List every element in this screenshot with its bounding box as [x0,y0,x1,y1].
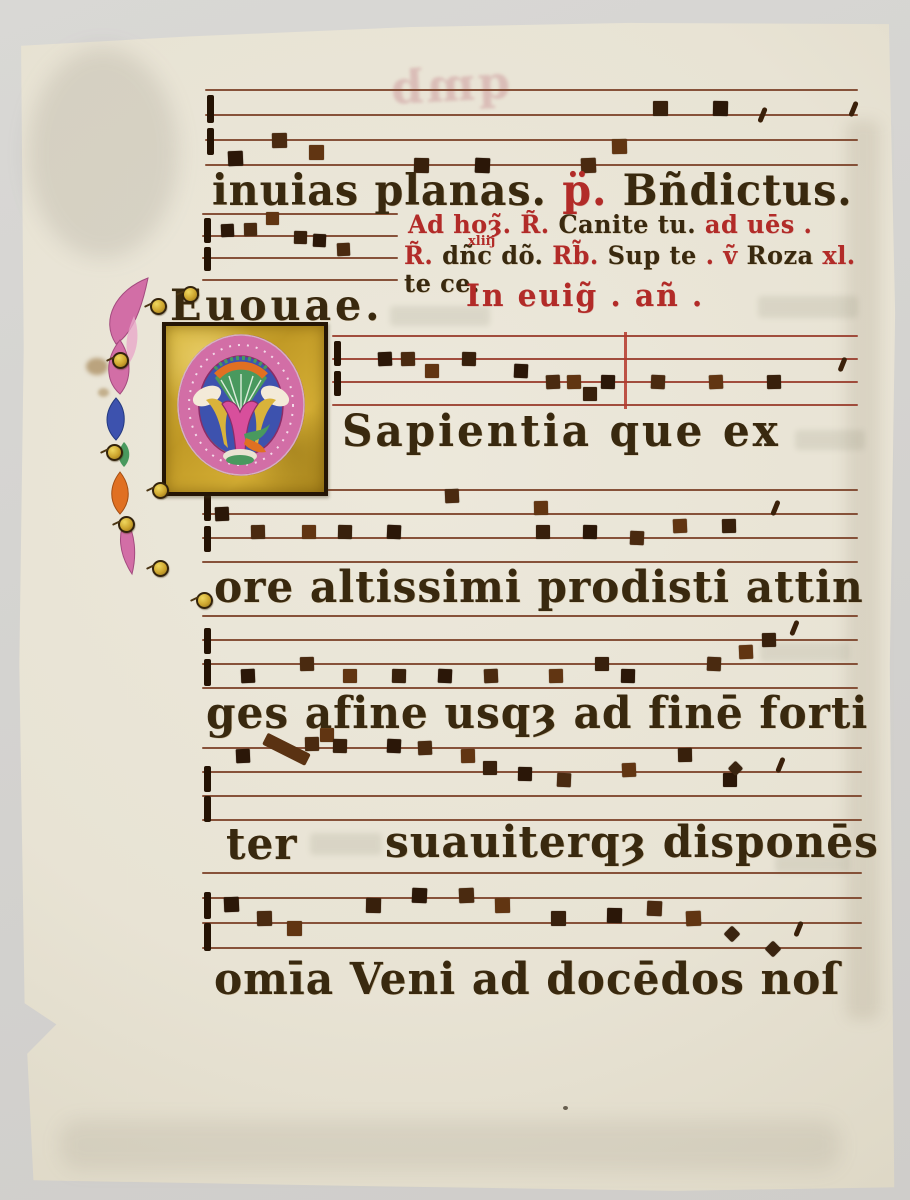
neume-square [653,101,668,116]
chant-text-ore-altissimi: ore altissimi prodisti attin [214,562,864,613]
neume-square [300,657,314,671]
show-through-smudge [758,296,858,318]
text-segment: inuias planas. [212,166,547,216]
marginal-flourish [86,276,198,580]
clef-mark [334,341,341,366]
neume-square [646,900,662,916]
custos-tick [790,620,800,636]
gold-dot [152,482,169,499]
staff-line [202,947,862,949]
neume-square [221,224,235,238]
neume-square [458,888,474,904]
neume-square [518,767,532,781]
neume-square [495,898,510,913]
clef-mark [207,95,214,123]
gold-dot [150,298,167,315]
staff-line [202,513,858,515]
neume-square [412,888,428,904]
neume-square [377,352,392,367]
show-through-smudge [795,430,865,450]
text-segment: Rb̃. [552,241,607,270]
chant-text-ter: ter [226,819,298,870]
text-segment: Roza [747,241,823,270]
neume-square [227,151,243,167]
red-barline [624,332,627,409]
neume-square [272,132,287,147]
neume-square [483,669,498,684]
neume-square [302,525,316,539]
text-segment: xl. [822,241,855,270]
gold-dot [106,444,123,461]
staff-line [202,897,862,899]
staff-line [205,89,858,91]
neume-square [601,375,615,389]
text-segment: R̃. [520,210,558,239]
neume-square [343,669,357,683]
neume-square [437,669,452,684]
staff-line [202,615,858,617]
chant-text-ges-afine: ges afine usqȝ ad finē forti [206,688,868,739]
clef-mark [204,526,211,552]
neume-square [536,525,550,539]
text-segment: Sup te [608,241,706,270]
neume-square [241,669,256,684]
staff-line [332,335,858,337]
text-segment: ad uēs . [705,210,812,239]
neume-square [762,633,776,647]
neume-square [556,773,571,788]
neume-square [214,507,229,522]
clef-mark [334,371,341,396]
neume-square [583,387,597,401]
neume-square [392,669,406,683]
neume-square [673,519,688,534]
neume-square [387,739,402,754]
neume-square [243,223,256,236]
neume-square [567,375,581,389]
neume-diamond [723,926,740,943]
gold-dot [182,286,199,303]
text-segment: . ṽ [706,241,747,270]
neume-square [546,375,561,390]
neume-square [767,375,781,389]
neume-square [739,645,754,660]
neume-square [287,921,302,936]
neume-square [622,763,637,778]
chant-text-sapientia: Sapientia que ex [342,406,781,457]
neume-square [583,525,597,539]
neume-square [607,908,622,923]
music-staff-s5 [202,616,858,688]
neume-square [551,911,566,926]
clef-mark [204,923,211,951]
neume-square [651,375,666,390]
music-staff-s4 [202,490,858,562]
text-segment: R̃. [404,241,442,270]
gold-dot [118,516,135,533]
neume-square [313,234,327,248]
text-segment: dñc dõ. [442,241,552,270]
text-segment: Ad hoȝ̃. [408,210,520,239]
neume-square [611,139,626,154]
manuscript-photo: qmb inuias planas. p̈. Bñdictus. Ad hoȝ̃… [0,0,910,1200]
staff-line [202,639,858,641]
staff-line [202,795,862,797]
neume-square [462,352,476,366]
neume-square [595,657,609,671]
neume-square [309,145,324,160]
neume-square [236,749,251,764]
flourish-art [86,276,198,580]
neume-square [483,761,497,775]
music-staff-s7 [202,873,862,948]
chant-text-line-benedictus: inuias planas. p̈. Bñdictus. [212,166,853,216]
staff-line [202,257,398,259]
neume-square [293,230,306,243]
text-segment: p̈. [547,166,623,216]
neume-square [251,525,265,539]
neume-square [709,375,724,390]
music-staff-s3 [332,336,858,405]
neume-square [257,910,272,925]
neume-square [305,737,319,751]
rubric-in-evig: In euig̃ . añ . [466,278,704,314]
text-segment: Canite tu. [558,210,704,239]
neume-square [366,898,381,913]
neume-square [706,657,721,672]
clef-mark [204,495,211,521]
neume-square [722,519,736,533]
neume-square [224,896,240,912]
neume-square [333,739,347,753]
gold-dot [112,352,129,369]
chant-text-suaviterque: suauiterqȝ disponēs [385,817,879,868]
staff-line [202,872,862,874]
neume-square [418,741,433,756]
clef-mark [204,796,211,822]
neume-square [678,747,692,761]
clef-mark [204,766,211,792]
music-staff-s6 [202,748,862,820]
neume-square [534,501,548,515]
music-staff-s2 [202,214,398,280]
neume-square [336,242,350,256]
neume-square [630,531,645,546]
chant-text-omnia-veni: omīa Veni ad docēdos noſ [214,954,840,1005]
rubric-line-2: R̃. dñc dõ. Rb̃. Sup te . ṽ Roza xl. [404,241,856,270]
clef-mark [204,628,211,654]
staff-line [205,139,858,141]
neume-square [425,364,439,378]
neume-square [445,489,460,504]
clef-mark [204,218,211,242]
gold-dot [152,560,169,577]
clef-mark [207,128,214,156]
neume-square [401,352,415,366]
neume-square [387,525,402,540]
neume-square [713,101,728,116]
clef-mark [204,892,211,920]
text-segment: Bñdictus. [623,166,853,216]
neume-square [461,749,475,763]
clef-mark [204,247,211,271]
show-through-smudge [310,833,382,855]
staff-line [202,537,858,539]
gold-dot [196,592,213,609]
music-staff-s1 [205,90,858,165]
clef-mark [204,659,211,685]
neume-square [338,525,352,539]
neume-square [549,669,563,683]
neume-square [514,363,529,378]
neume-square [686,910,702,926]
neume-square [621,669,635,683]
